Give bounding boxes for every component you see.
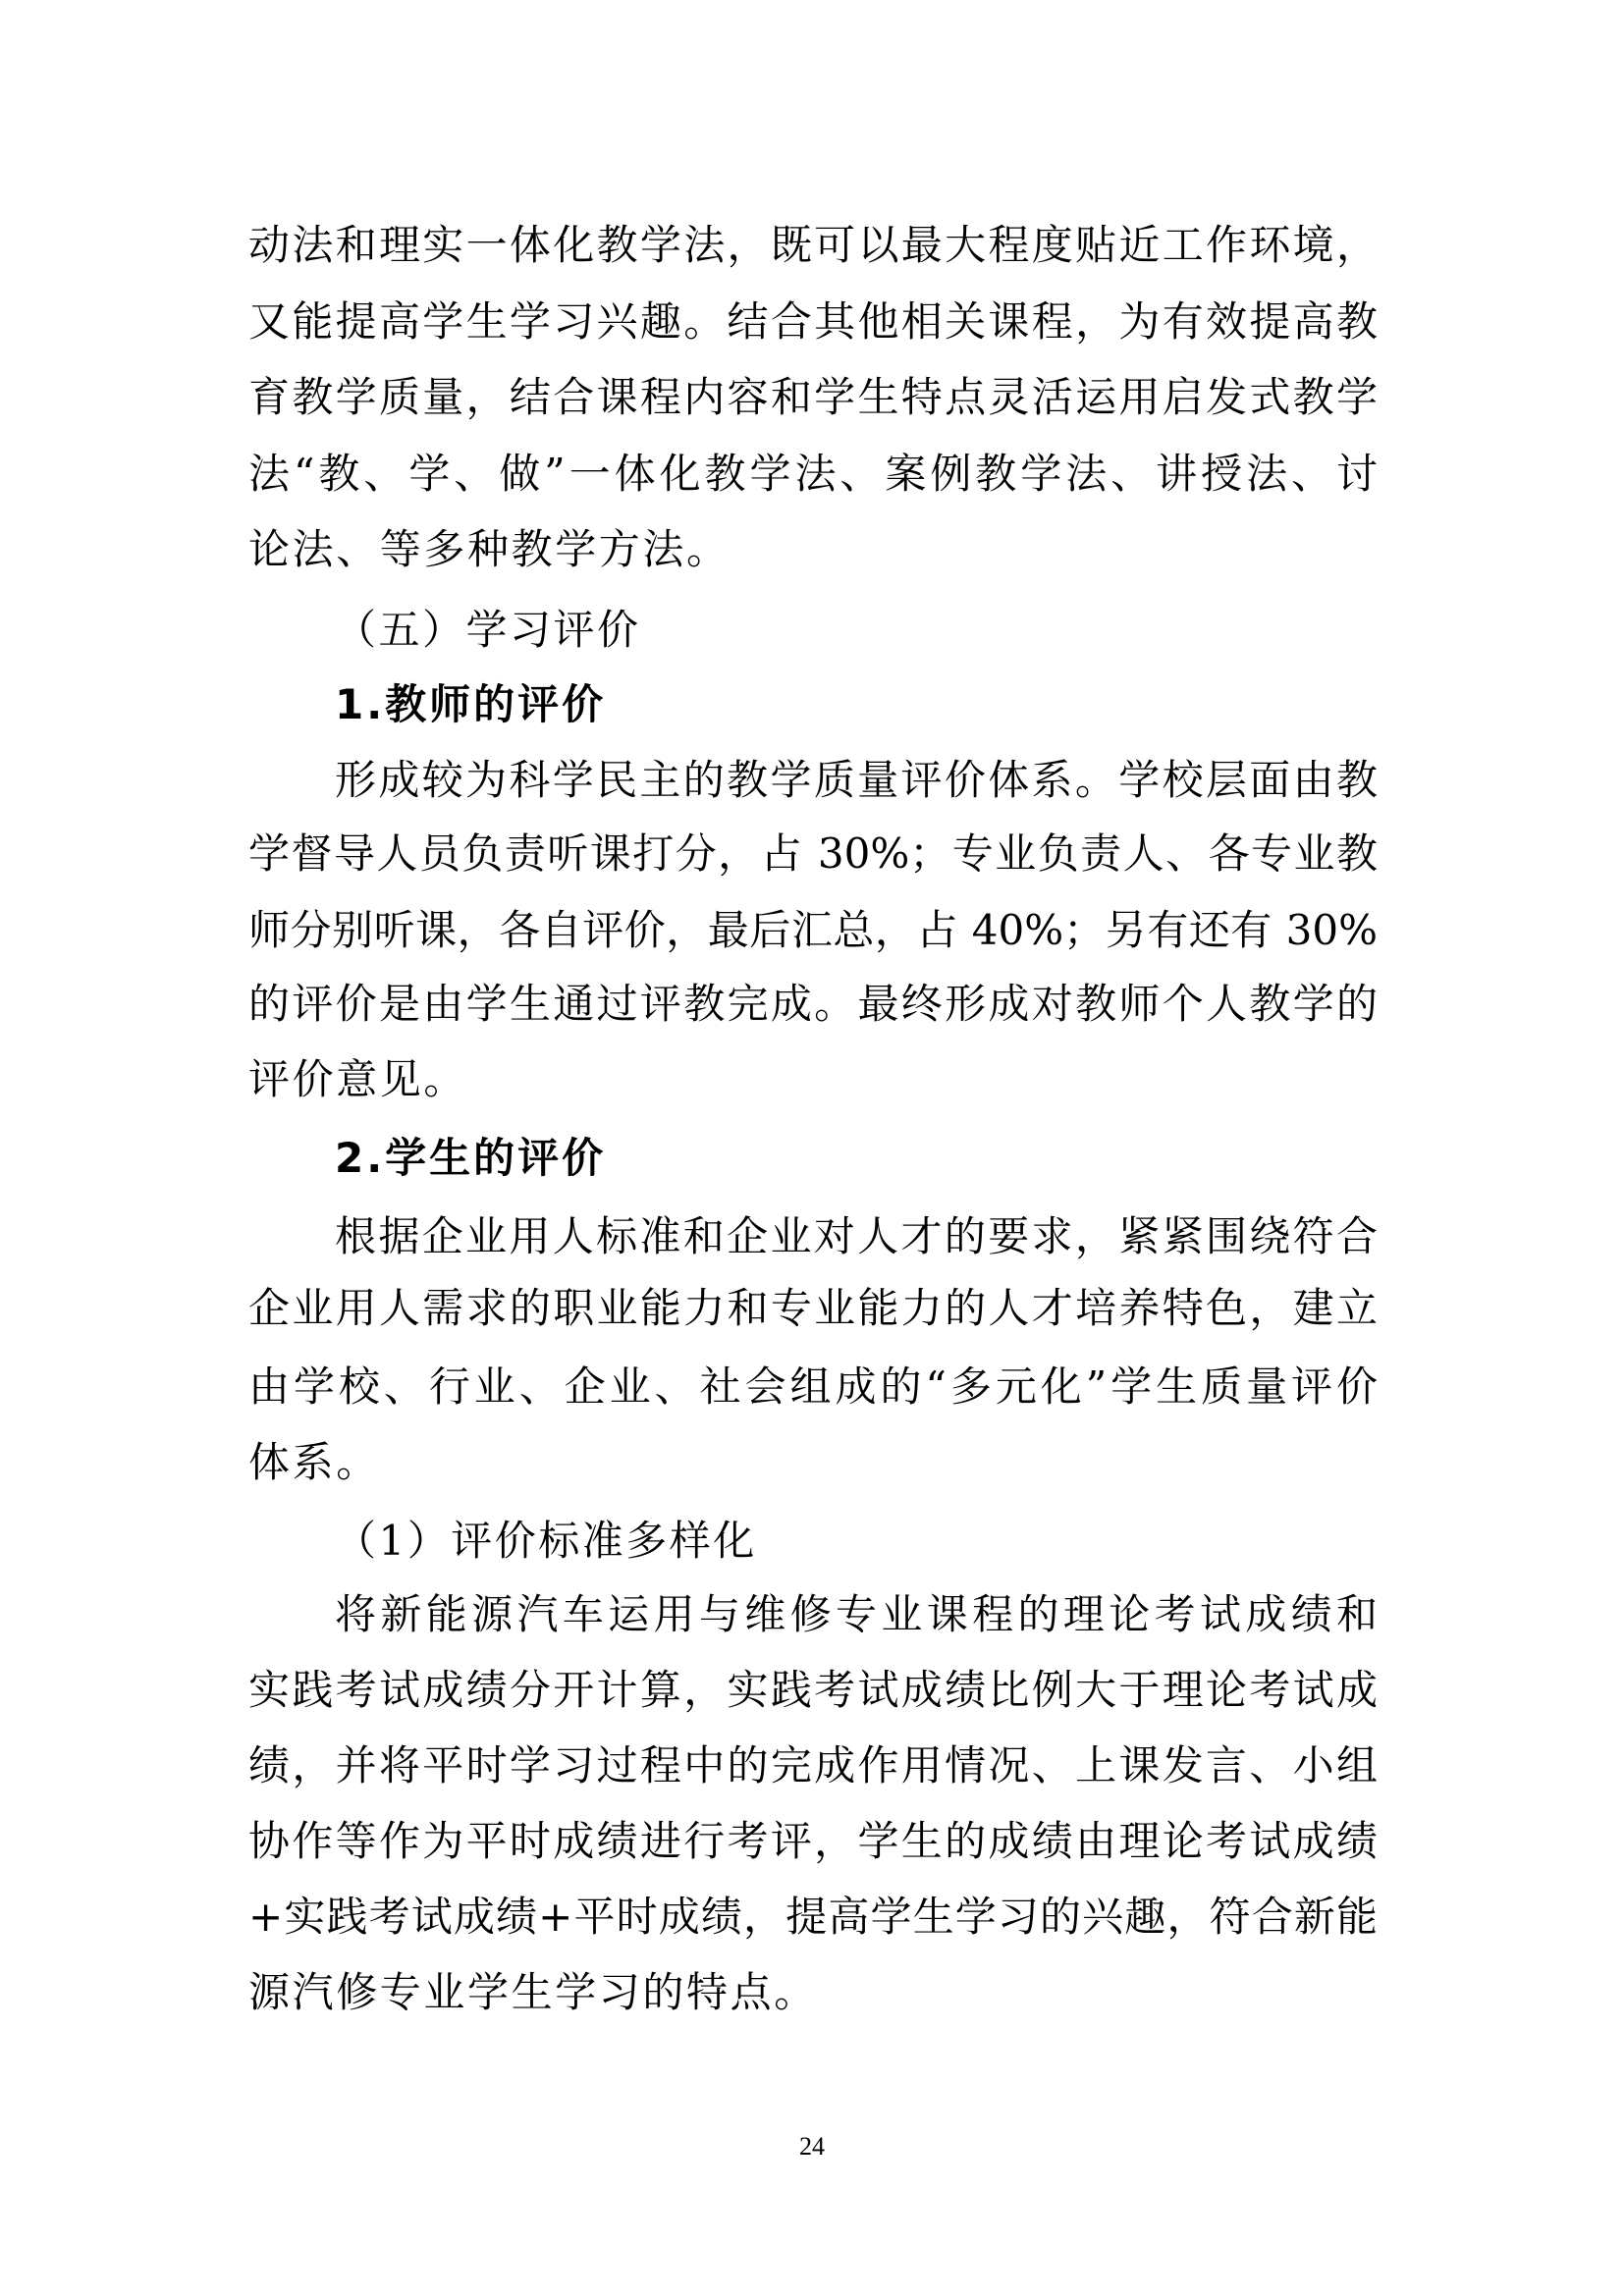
paragraph-line: 育教学质量，结合课程内容和学生特点灵活运用启发式教学 bbox=[248, 368, 1378, 427]
paragraph-line: 绩，并将平时学习过程中的完成作用情况、上课发言、小组 bbox=[248, 1736, 1378, 1795]
section-heading: （五）学习评价 bbox=[335, 601, 641, 660]
paragraph-line: 源汽修专业学生学习的特点。 bbox=[248, 1963, 1378, 2022]
paragraph-line: 论法、等多种教学方法。 bbox=[248, 520, 1378, 579]
subsection-heading-student-evaluation: 2.学生的评价 bbox=[335, 1129, 606, 1188]
paragraph-line: 学督导人员负责听课打分，占 30%；专业负责人、各专业教 bbox=[248, 825, 1378, 883]
paragraph-line: 师分别听课，各自评价，最后汇总，占 40%；另有还有 30% bbox=[248, 901, 1378, 960]
document-page: 动法和理实一体化教学法，既可以最大程度贴近工作环境， 又能提高学生学习兴趣。结合… bbox=[0, 0, 1624, 2296]
paragraph-line: +实践考试成绩+平时成绩，提高学生学习的兴趣，符合新能 bbox=[248, 1888, 1378, 1947]
page-number: 24 bbox=[0, 2132, 1624, 2162]
paragraph-line: 体系。 bbox=[248, 1433, 1378, 1492]
paragraph-line: 将新能源汽车运用与维修专业课程的理论考试成绩和 bbox=[335, 1585, 1378, 1644]
paragraph-line: 评价意见。 bbox=[248, 1050, 1378, 1109]
paragraph-line: 由学校、行业、企业、社会组成的“多元化”学生质量评价 bbox=[248, 1358, 1378, 1416]
paragraph-line: 动法和理实一体化教学法，既可以最大程度贴近工作环境， bbox=[248, 216, 1378, 275]
paragraph-line: 协作等作为平时成绩进行考评，学生的成绩由理论考试成绩 bbox=[248, 1812, 1378, 1871]
paragraph-line: 的评价是由学生通过评教完成。最终形成对教师个人教学的 bbox=[248, 975, 1378, 1034]
item-heading-diverse-standards: （1）评价标准多样化 bbox=[335, 1512, 757, 1571]
paragraph-line: 法“教、学、做”一体化教学法、案例教学法、讲授法、讨 bbox=[248, 445, 1378, 504]
paragraph-line: 企业用人需求的职业能力和专业能力的人才培养特色，建立 bbox=[248, 1279, 1378, 1338]
paragraph-line: 形成较为科学民主的教学质量评价体系。学校层面由教 bbox=[335, 751, 1378, 810]
paragraph-line: 又能提高学生学习兴趣。结合其他相关课程，为有效提高教 bbox=[248, 293, 1378, 351]
paragraph-line: 根据企业用人标准和企业对人才的要求，紧紧围绕符合 bbox=[335, 1207, 1378, 1266]
paragraph-line: 实践考试成绩分开计算，实践考试成绩比例大于理论考试成 bbox=[248, 1661, 1378, 1720]
subsection-heading-teacher-evaluation: 1.教师的评价 bbox=[335, 675, 606, 734]
